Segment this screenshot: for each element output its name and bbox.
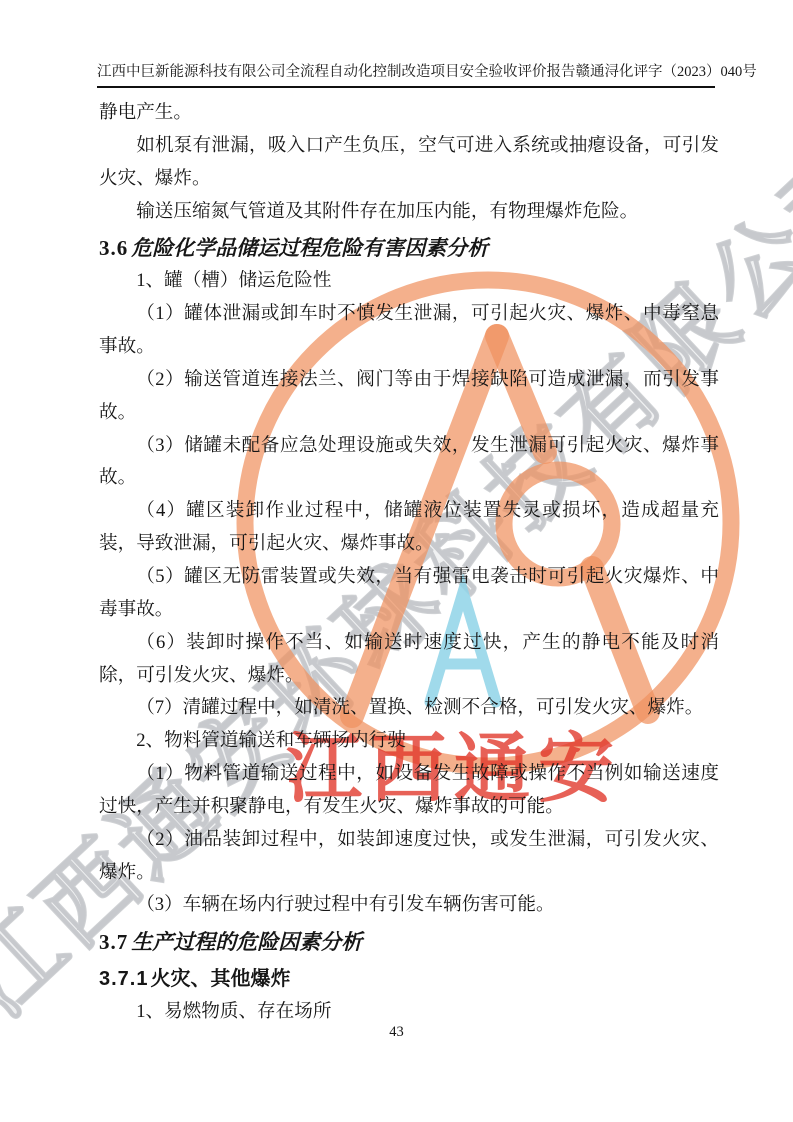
text-run: 1、罐（槽）储运危险性 <box>136 270 331 291</box>
paragraph: （4）罐区装卸作业过程中，储罐液位装置失灵或损坏，造成超量充装，导致泄漏，可引起… <box>99 495 719 561</box>
page-header: 江西中巨新能源科技有限公司全流程自动化控制改造项目安全验收评价报告 赣通浔化评字… <box>97 60 715 88</box>
text-run: （2）输送管道连接法兰、阀门等由于焊接缺陷可造成泄漏，而引发事故。 <box>99 369 719 423</box>
paragraph: （3）储罐未配备应急处理设施或失效，发生泄漏可引起火灾、爆炸事故。 <box>99 430 719 496</box>
paragraph: 静电产生。 <box>99 97 719 130</box>
section-heading: 3.7生产过程的危险因素分析 <box>99 925 719 959</box>
text-run: （1）罐体泄漏或卸车时不慎发生泄漏，可引起火灾、爆炸、中毒窒息事故。 <box>99 303 719 357</box>
section-heading: 3.6危险化学品储运过程危险有害因素分析 <box>99 231 719 265</box>
paragraph: 如机泵有泄漏，吸入口产生负压，空气可进入系统或抽瘪设备，可引发火灾、爆炸。 <box>99 130 719 196</box>
paragraph: （2）输送管道连接法兰、阀门等由于焊接缺陷可造成泄漏，而引发事故。 <box>99 364 719 430</box>
paragraph: （6）装卸时操作不当、如输送时速度过快，产生的静电不能及时消除，可引发火灾、爆炸… <box>99 627 719 693</box>
document-content: 静电产生。如机泵有泄漏，吸入口产生负压，空气可进入系统或抽瘪设备，可引发火灾、爆… <box>99 97 719 1029</box>
heading-number: 3.7 <box>99 930 128 954</box>
paragraph: （1）物料管道输送过程中，如设备发生故障或操作不当例如输送速度过快，产生并积聚静… <box>99 758 719 824</box>
text-run: （5）罐区无防雷装置或失效，当有强雷电袭击时可引起火灾爆炸、中毒事故。 <box>99 566 719 620</box>
text-run: （3）储罐未配备应急处理设施或失效，发生泄漏可引起火灾、爆炸事故。 <box>99 435 719 489</box>
text-run: （7）清罐过程中，如清洗、置换、检测不合格，可引发火灾、爆炸。 <box>136 697 703 718</box>
paragraph: （7）清罐过程中，如清洗、置换、检测不合格，可引发火灾、爆炸。 <box>99 692 719 725</box>
text-run: 危险化学品储运过程危险有害因素分析 <box>131 236 488 260</box>
text-run: 输送压缩氮气管道及其附件存在加压内能，有物理爆炸危险。 <box>136 201 638 222</box>
text-run: （1）物料管道输送过程中，如设备发生故障或操作不当例如输送速度过快，产生并积聚静… <box>99 763 719 817</box>
document-page: 江西通安环球科技有限公司 江西通安 江西中巨新能源科技有限公司全流程自动化控制改… <box>0 0 793 1122</box>
text-run: （2）油品装卸过程中，如装卸速度过快，或发生泄漏，可引发火灾、爆炸。 <box>99 829 719 883</box>
header-title: 江西中巨新能源科技有限公司全流程自动化控制改造项目安全验收评价报告 <box>97 60 576 81</box>
text-run: （6）装卸时操作不当、如输送时速度过快，产生的静电不能及时消除，可引发火灾、爆炸… <box>99 632 719 686</box>
text-run: （4）罐区装卸作业过程中，储罐液位装置失灵或损坏，造成超量充装，导致泄漏，可引起… <box>99 500 719 554</box>
text-run: 如机泵有泄漏，吸入口产生负压，空气可进入系统或抽瘪设备，可引发火灾、爆炸。 <box>99 135 719 189</box>
text-run: 生产过程的危险因素分析 <box>131 930 362 954</box>
heading-number: 3.6 <box>99 236 128 260</box>
heading-number: 3.7.1 <box>99 968 148 990</box>
text-run: 1、易燃物质、存在场所 <box>136 1001 331 1022</box>
text-run: （3）车辆在场内行驶过程中有引发车辆伤害可能。 <box>136 894 554 915</box>
text-run: 火灾、其他爆炸 <box>150 968 290 990</box>
text-run: 2、物料管道输送和车辆场内行驶 <box>136 730 406 751</box>
text-run: 静电产生。 <box>99 102 192 123</box>
paragraph: （1）罐体泄漏或卸车时不慎发生泄漏，可引起火灾、爆炸、中毒窒息事故。 <box>99 298 719 364</box>
paragraph: 1、罐（槽）储运危险性 <box>99 265 719 298</box>
page-number: 43 <box>0 1024 793 1041</box>
paragraph: 2、物料管道输送和车辆场内行驶 <box>99 725 719 758</box>
paragraph: （5）罐区无防雷装置或失效，当有强雷电袭击时可引起火灾爆炸、中毒事故。 <box>99 561 719 627</box>
paragraph: （3）车辆在场内行驶过程中有引发车辆伤害可能。 <box>99 889 719 922</box>
header-doc-number: 赣通浔化评字（2023）040号 <box>576 60 757 81</box>
paragraph: （2）油品装卸过程中，如装卸速度过快，或发生泄漏，可引发火灾、爆炸。 <box>99 824 719 890</box>
subsection-heading: 3.7.1火灾、其他爆炸 <box>99 963 719 996</box>
paragraph: 输送压缩氮气管道及其附件存在加压内能，有物理爆炸危险。 <box>99 196 719 229</box>
